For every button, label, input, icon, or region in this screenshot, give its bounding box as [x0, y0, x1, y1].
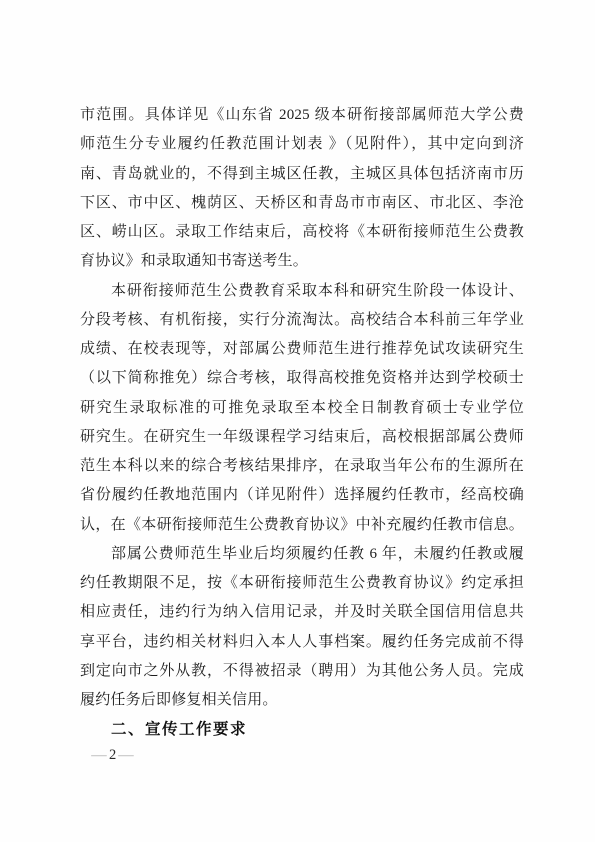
- text-line: 本研衔接师范生公费教育采取本科和研究生阶段一体设计、: [80, 277, 524, 306]
- text-line: 南、青岛就业的，不得到主城区任教，主城区具体包括济南市历: [80, 160, 524, 189]
- text-line: 市范围。具体详见《山东省 2025 级本研衔接部属师范大学公费: [80, 101, 524, 130]
- text-line: （以下简称推免）综合考核，取得高校推免资格并达到学校硕士: [80, 364, 524, 393]
- text-line: 相应责任，违约行为纳入信用记录，并及时关联全国信用信息共: [80, 598, 524, 627]
- page-footer: — 2 —: [92, 747, 133, 764]
- text-line: 分段考核、有机衔接，实行分流淘汰。高校结合本科前三年学业: [80, 306, 524, 335]
- text-line: 认，在《本研衔接师范生公费教育协议》中补充履约任教市信息。: [80, 511, 524, 540]
- text-line: 约任教期限不足，按《本研衔接师范生公费教育协议》约定承担: [80, 569, 524, 598]
- text-line: 省份履约任教地范围内（详见附件）选择履约任教市，经高校确: [80, 481, 524, 510]
- text-line: 到定向市之外从教，不得被招录（聘用）为其他公务人员。完成: [80, 657, 524, 686]
- text-line: 部属公费师范生毕业后均须履约任教 6 年，未履约任教或履: [80, 540, 524, 569]
- text-line: 范生本科以来的综合考核结果排序，在录取当年公布的生源所在: [80, 452, 524, 481]
- document-body: 市范围。具体详见《山东省 2025 级本研衔接部属师范大学公费师范生分专业履约任…: [80, 101, 524, 745]
- footer-dash-right: —: [119, 748, 134, 764]
- text-line: 享平台，违约相关材料归入本人人事档案。履约任务完成前不得: [80, 628, 524, 657]
- section-heading: 二、宣传工作要求: [80, 715, 524, 744]
- body-lines-container: 市范围。具体详见《山东省 2025 级本研衔接部属师范大学公费师范生分专业履约任…: [80, 101, 524, 715]
- text-line: 成绩、在校表现等，对部属公费师范生进行推荐免试攻读研究生: [80, 335, 524, 364]
- text-line: 区、崂山区。录取工作结束后，高校将《本研衔接师范生公费教: [80, 218, 524, 247]
- page-number: 2: [108, 747, 117, 764]
- text-line: 师范生分专业履约任教范围计划表 》（见附件），其中定向到济: [80, 130, 524, 159]
- text-line: 履约任务后即修复相关信用。: [80, 686, 524, 715]
- text-line: 下区、市中区、槐荫区、天桥区和青岛市市南区、市北区、李沧: [80, 189, 524, 218]
- text-line: 育协议》和录取通知书寄送考生。: [80, 247, 524, 276]
- footer-dash-left: —: [91, 748, 106, 764]
- text-line: 研究生录取标准的可推免录取至本校全日制教育硕士专业学位: [80, 394, 524, 423]
- text-line: 研究生。在研究生一年级课程学习结束后，高校根据部属公费师: [80, 423, 524, 452]
- document-page: 市范围。具体详见《山东省 2025 级本研衔接部属师范大学公费师范生分专业履约任…: [0, 0, 595, 842]
